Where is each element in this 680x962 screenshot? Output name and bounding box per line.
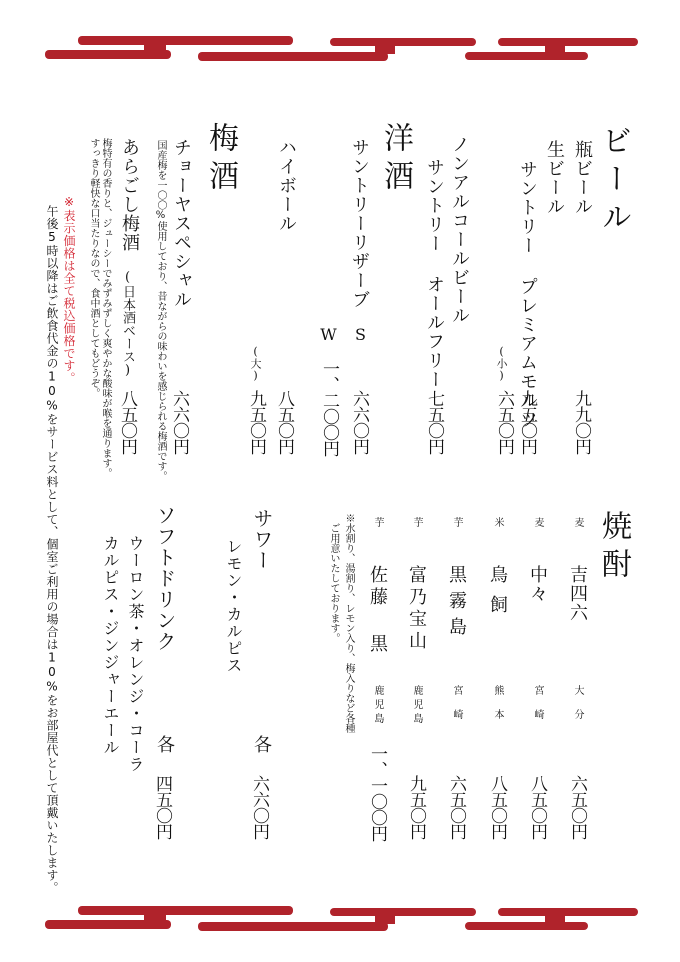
sour-items: レモン・カルピス — [225, 538, 241, 674]
small-size-label: (小) — [496, 345, 507, 382]
highball-name: ハイボール — [277, 138, 295, 233]
shochu-name: 中々 — [528, 565, 546, 603]
sour-section-title: サワー — [252, 508, 272, 571]
choya-description: 国産梅を一〇〇%使用しており、昔ながらの味わいを感じられる梅酒です。 — [155, 140, 165, 481]
soft-drink-items-1: ウーロン茶・オレンジ・コーラ — [127, 535, 143, 773]
aragoshi-description-1: 梅特有の香りと、ジューシーでみずみずしく爽やかな酸味が喉を通ります。 — [100, 138, 110, 478]
sour-price: 六六〇円 — [250, 775, 267, 839]
soft-drink-each-label: 各 — [155, 735, 173, 754]
shochu-origin: 宮崎 — [532, 685, 542, 733]
tax-notice: ※表示価格は全て税込価格です。 — [63, 195, 75, 385]
service-charge-notice: 午後5時以降はご飲食代金の10%をサービス料として、個室ご利用の場合は10%をお… — [46, 205, 58, 894]
shochu-name: 鳥飼 — [488, 565, 506, 625]
brush-pattern-icon — [40, 30, 640, 64]
shochu-type: 芋 — [372, 517, 382, 527]
shochu-origin: 大分 — [572, 685, 582, 733]
western-section-title: 洋酒 — [380, 122, 410, 198]
sour-each-label: 各 — [252, 735, 270, 754]
shochu-origin: 熊本 — [492, 685, 502, 733]
reserve-price-s: 六六〇円 — [350, 390, 367, 454]
all-free-price: 七五〇円 — [425, 390, 442, 454]
reserve-name: サントリーリザーブ — [350, 138, 368, 309]
soft-drink-items-2: カルピス・ジンジャーエール — [102, 535, 118, 756]
highball-large-label: (大) — [250, 345, 261, 382]
shochu-origin: 宮崎 — [451, 685, 461, 733]
soft-drink-price: 四五〇円 — [153, 775, 170, 839]
shochu-type: 芋 — [451, 517, 461, 527]
umeshu-section-title: 梅酒 — [205, 122, 235, 198]
aragoshi-price: 八五〇円 — [118, 390, 135, 454]
reserve-size-w: W — [320, 325, 336, 344]
brush-pattern-icon — [40, 900, 640, 934]
shochu-type: 麦 — [532, 517, 542, 527]
bottled-beer-price: 九九〇円 — [572, 390, 589, 454]
shochu-price: 八五〇円 — [488, 775, 505, 839]
choya-name: チョーヤスペシャル — [172, 138, 190, 309]
shochu-price: 九五〇円 — [407, 775, 424, 839]
shochu-type: 芋 — [411, 517, 421, 527]
aragoshi-description-2: すっきり軽快な口当たりなので、食中酒としてもどうぞ。 — [88, 138, 98, 398]
all-free-name: サントリー オールフリー — [425, 158, 443, 389]
choya-price: 六六〇円 — [170, 390, 187, 454]
shochu-name: 黒霧島 — [447, 565, 465, 643]
shochu-price: 一、一〇〇円 — [368, 745, 385, 841]
shochu-type: 米 — [492, 517, 502, 527]
draft-beer-name: 生ビール — [545, 140, 563, 216]
shochu-price: 六五〇円 — [447, 775, 464, 839]
top-decorative-band — [40, 30, 640, 64]
shochu-note-2: ご用意いたしております。 — [328, 523, 338, 643]
bottled-beer-name: 瓶ビール — [573, 140, 591, 216]
premium-malts-name: サントリー プレミアムモルツ — [518, 160, 536, 429]
beer-section-title: ビール — [598, 125, 628, 239]
shochu-price: 六五〇円 — [568, 775, 585, 839]
shochu-origin: 鹿児島 — [411, 685, 421, 727]
reserve-size-s: S — [352, 325, 368, 344]
soft-drink-section-title: ソフトドリンク — [155, 505, 175, 652]
highball-price: 八五〇円 — [275, 390, 292, 454]
shochu-name: 佐藤 黒 — [368, 565, 386, 656]
bottom-decorative-band — [40, 900, 640, 934]
shochu-origin: 鹿児島 — [372, 685, 382, 727]
highball-large-price: 九五〇円 — [247, 390, 264, 454]
premium-malts-price: 六五〇円 — [495, 390, 512, 454]
aragoshi-note: (日本酒ベース) — [121, 270, 134, 378]
aragoshi-name: あらごし梅酒 — [120, 138, 138, 252]
shochu-type: 麦 — [572, 517, 582, 527]
shochu-note-1: ※水割り、湯割り、レモン入り、梅入りなど各種 — [343, 513, 353, 733]
nonalcohol-title: ノンアルコールビール — [450, 135, 468, 325]
shochu-name: 吉四六 — [568, 565, 586, 622]
shochu-name: 富乃宝山 — [407, 565, 425, 653]
shochu-section-title: 焼酎 — [598, 510, 628, 586]
reserve-price-w: 一、二〇〇円 — [320, 360, 337, 456]
draft-beer-price: 九五〇円 — [518, 390, 535, 454]
shochu-price: 八五〇円 — [528, 775, 545, 839]
